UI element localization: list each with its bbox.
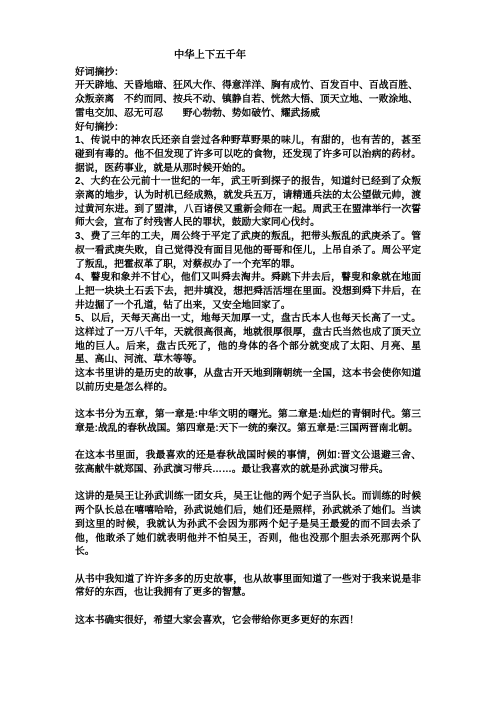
good-words-line: 众叛亲离 不约而同、按兵不动、镇静自若、恍然大悟、顶天立地、一败涂地、 <box>75 93 421 107</box>
good-sentence-item: 5、以后，天每天高出一丈，地每天加厚一丈，盘古氏本人也每天长高了一丈。这样过了一… <box>75 312 421 367</box>
good-sentence-item: 3、费了三年的工夫，周公终于平定了武庚的叛乱，把带头叛乱的武庚杀了。管叔一看武庚… <box>75 230 421 271</box>
good-sentence-item: 4、瞽叟和象并不甘心，他们又叫舜去淘井。舜跳下井去后，瞽叟和象就在地面上把一块块… <box>75 271 421 312</box>
good-words-list: 开天辟地、天昏地暗、狂风大作、得意洋洋、胸有成竹、百发百中、百战百胜、众叛亲离 … <box>75 79 421 120</box>
good-words-line: 开天辟地、天昏地暗、狂风大作、得意洋洋、胸有成竹、百发百中、百战百胜、 <box>75 79 421 93</box>
good-sentences-heading: 好句摘抄： <box>75 121 421 135</box>
review-paragraph: 这本书分为五章，第一章是:中华文明的曙光。第二章是:灿烂的青铜时代。第三章是:战… <box>75 408 421 435</box>
review-paragraph: 这本书确实很好，希望大家会喜欢，它会带给你更多更好的东西！ <box>75 614 421 628</box>
document-page: 中华上下五千年 好词摘抄： 开天辟地、天昏地暗、狂风大作、得意洋洋、胸有成竹、百… <box>0 0 496 702</box>
good-sentence-item: 1、传说中的神农氏还亲自尝过各种野草野果的味儿，有甜的，也有苦的，甚至碰到有毒的… <box>75 134 421 175</box>
review-paragraph: 从书中我知道了许许多多的历史故事，也从故事里面知道了一些对于我来说是非常好的东西… <box>75 573 421 600</box>
review-paragraphs: 这本书里讲的是历史的故事，从盘古开天地到隋朝统一全国，这本书会使你知道以前历史是… <box>75 367 421 627</box>
good-sentences-list: 1、传说中的神农氏还亲自尝过各种野草野果的味儿，有甜的，也有苦的，甚至碰到有毒的… <box>75 134 421 367</box>
good-sentence-item: 2、大约在公元前十一世纪的一年，武王听到探子的报告，知道纣已经到了众叛亲离的地步… <box>75 175 421 230</box>
review-paragraph: 在这本书里面，我最喜欢的还是春秋战国时候的事情，例如:晋文公退避三舍、弦高献牛就… <box>75 449 421 476</box>
good-words-heading: 好词摘抄： <box>75 66 421 80</box>
document-title: 中华上下五千年 <box>37 49 383 63</box>
review-paragraph: 这讲的是吴王让孙武训练一团女兵，吴王让他的两个妃子当队长。而训练的时候两个队长总… <box>75 490 421 559</box>
review-paragraph: 这本书里讲的是历史的故事，从盘古开天地到隋朝统一全国，这本书会使你知道以前历史是… <box>75 367 421 394</box>
good-words-line: 雷电交加、忍无可忍 野心勃勃、势如破竹、耀武扬威 <box>75 107 421 121</box>
